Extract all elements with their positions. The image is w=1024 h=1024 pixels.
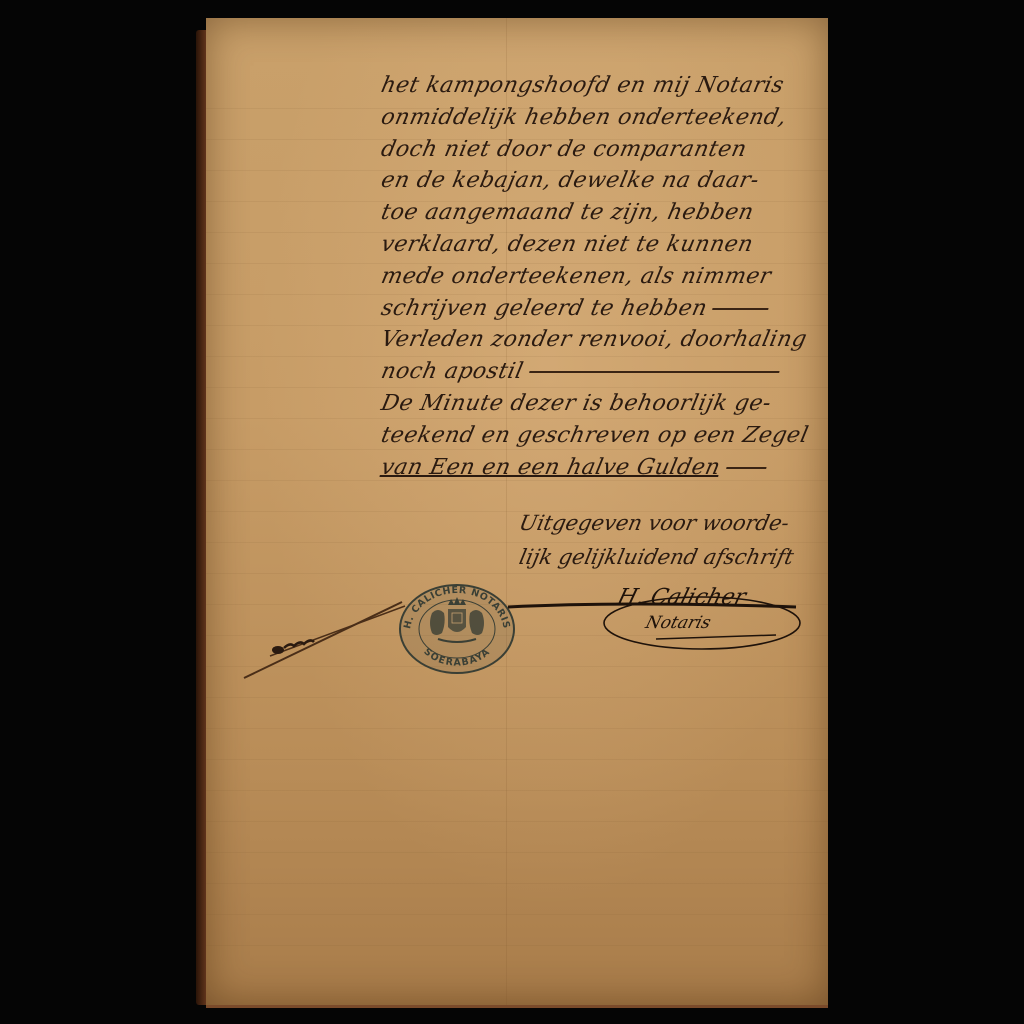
certification-line-2: lijk gelijkluidend afschrift bbox=[516, 540, 843, 574]
certification-block: Uitgegeven voor woorde- lijk gelijkluide… bbox=[516, 506, 836, 574]
body-text: noch apostil bbox=[379, 359, 526, 384]
signature-name: H. Calicher bbox=[615, 585, 749, 610]
body-text: onmiddelijk hebben onderteekend, bbox=[379, 105, 789, 130]
body-line-8: schrijven geleerd te hebben bbox=[378, 293, 835, 325]
body-text: het kampongshoofd en mij Notaris bbox=[379, 73, 787, 98]
witness-mark-icon bbox=[240, 598, 410, 692]
line-filler-rule bbox=[713, 308, 769, 310]
body-line-5: toe aangemaand te zijn, hebben bbox=[378, 197, 835, 229]
notary-seal-stamp: H. CALICHER NOTARIS SOERABAYA bbox=[398, 583, 516, 675]
body-text: Verleden zonder renvooi, doorhaling bbox=[379, 327, 810, 352]
body-line-6: verklaard, dezen niet te kunnen bbox=[378, 229, 835, 261]
certification-text: Uitgegeven voor woorde- bbox=[517, 511, 791, 535]
body-line-2: onmiddelijk hebben onderteekend, bbox=[378, 102, 835, 134]
body-line-9: Verleden zonder renvooi, doorhaling bbox=[378, 324, 835, 356]
body-text: toe aangemaand te zijn, hebben bbox=[379, 200, 756, 225]
signature-title: Notaris bbox=[643, 613, 713, 633]
notary-signature: H. Calicher Notaris bbox=[506, 583, 806, 653]
body-text: verklaard, dezen niet te kunnen bbox=[379, 232, 756, 257]
body-text: teekend en geschreven op een Zegel bbox=[379, 423, 811, 448]
body-text: mede onderteekenen, als nimmer bbox=[379, 264, 774, 289]
body-text: en de kebajan, dewelke na daar- bbox=[379, 168, 762, 193]
body-line-4: en de kebajan, dewelke na daar- bbox=[378, 165, 835, 197]
body-text: schrijven geleerd te hebben bbox=[379, 296, 710, 321]
body-text: De Minute dezer is behoorlijk ge- bbox=[379, 391, 774, 416]
body-line-11: De Minute dezer is behoorlijk ge- bbox=[378, 388, 835, 420]
body-line-7: mede onderteekenen, als nimmer bbox=[378, 261, 835, 293]
certification-line-1: Uitgegeven voor woorde- bbox=[516, 506, 843, 540]
certification-text: lijk gelijkluidend afschrift bbox=[517, 545, 796, 569]
body-text: doch niet door de comparanten bbox=[379, 137, 749, 162]
body-line-1: het kampongshoofd en mij Notaris bbox=[378, 70, 835, 102]
stamp-value-text: van Een en een halve Gulden bbox=[379, 455, 723, 480]
body-line-3: doch niet door de comparanten bbox=[378, 134, 835, 166]
line-filler-rule bbox=[529, 371, 779, 373]
document-page: het kampongshoofd en mij Notaris onmidde… bbox=[206, 18, 828, 1008]
body-line-13: van Een en een halve Gulden bbox=[378, 452, 835, 484]
line-filler-rule bbox=[726, 467, 766, 469]
handwritten-body: het kampongshoofd en mij Notaris onmidde… bbox=[378, 70, 828, 483]
body-line-10: noch apostil bbox=[378, 356, 835, 388]
body-line-12: teekend en geschreven op een Zegel bbox=[378, 420, 835, 452]
